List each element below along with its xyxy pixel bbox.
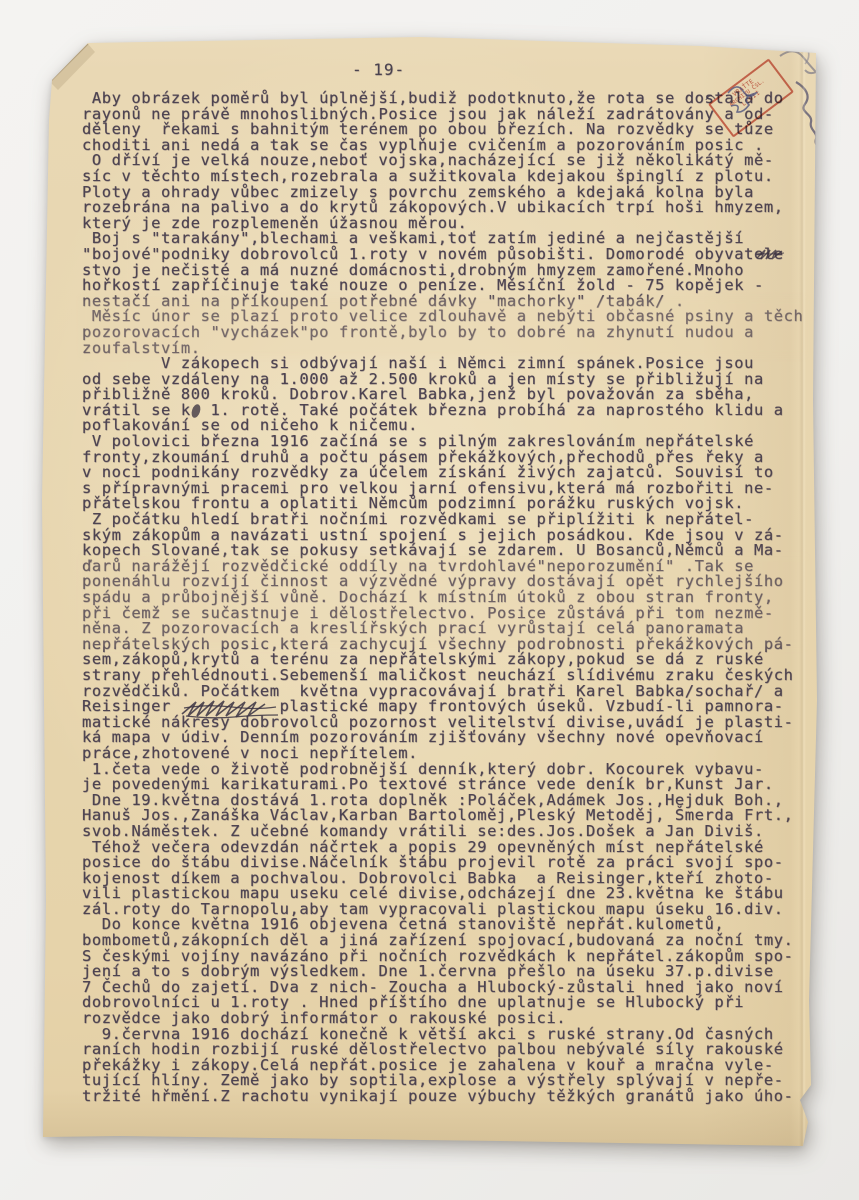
document-page: - 19- Aby obrázek poměrů byl úplnější,bu…	[0, 0, 859, 1200]
page-shadow-wrap: - 19- Aby obrázek poměrů byl úplnější,bu…	[0, 0, 859, 1200]
typewritten-text: Aby obrázek poměrů byl úplnější,budiž po…	[82, 91, 803, 1105]
pencil-scribble-corner	[805, 46, 809, 64]
pencil-scribble-top	[780, 51, 816, 73]
scan-stage: - 19- Aby obrázek poměrů byl úplnější,bu…	[0, 0, 859, 1200]
page-number: - 19-	[352, 60, 405, 79]
